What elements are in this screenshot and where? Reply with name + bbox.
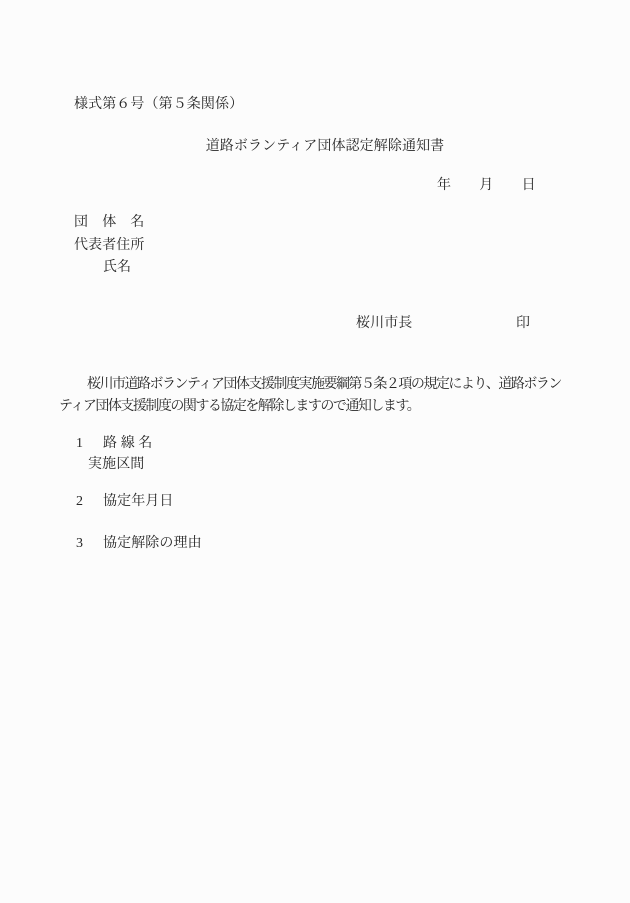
organization-name-label: 団 体 名	[74, 215, 145, 230]
form-number: 様式第６号（第５条関係）	[74, 97, 243, 112]
document-page: 様式第６号（第５条関係） 道路ボランティア団体認定解除通知書 年 月 日 団 体…	[0, 0, 630, 903]
item-3-cancellation-reason-label: 協定解除の理由	[103, 536, 202, 551]
item-2-agreement-date-label: 協定年月日	[103, 494, 174, 509]
body-text-line2: ティア団体支援制度の関する協定を解除しますので通知します。	[59, 399, 419, 414]
document-title: 道路ボランティア団体認定解除通知書	[30, 139, 620, 154]
mayor-signature: 桜川市長	[356, 316, 412, 331]
item-1-section-label: 実施区間	[88, 457, 144, 472]
item-3-number: 3	[76, 536, 83, 551]
representative-address-label: 代表者住所	[74, 238, 145, 253]
seal-mark: 印	[516, 316, 530, 331]
item-1-number: 1	[76, 436, 83, 451]
body-text-line1: 桜川市道路ボランティア団体支援制度実施要綱第５条２項の規定により、道路ボラン	[87, 377, 561, 392]
item-2-number: 2	[76, 494, 83, 509]
item-1-route-name-label: 路 線 名	[103, 436, 153, 451]
date-line: 年 月 日	[437, 178, 536, 193]
representative-name-label: 氏名	[103, 260, 131, 275]
